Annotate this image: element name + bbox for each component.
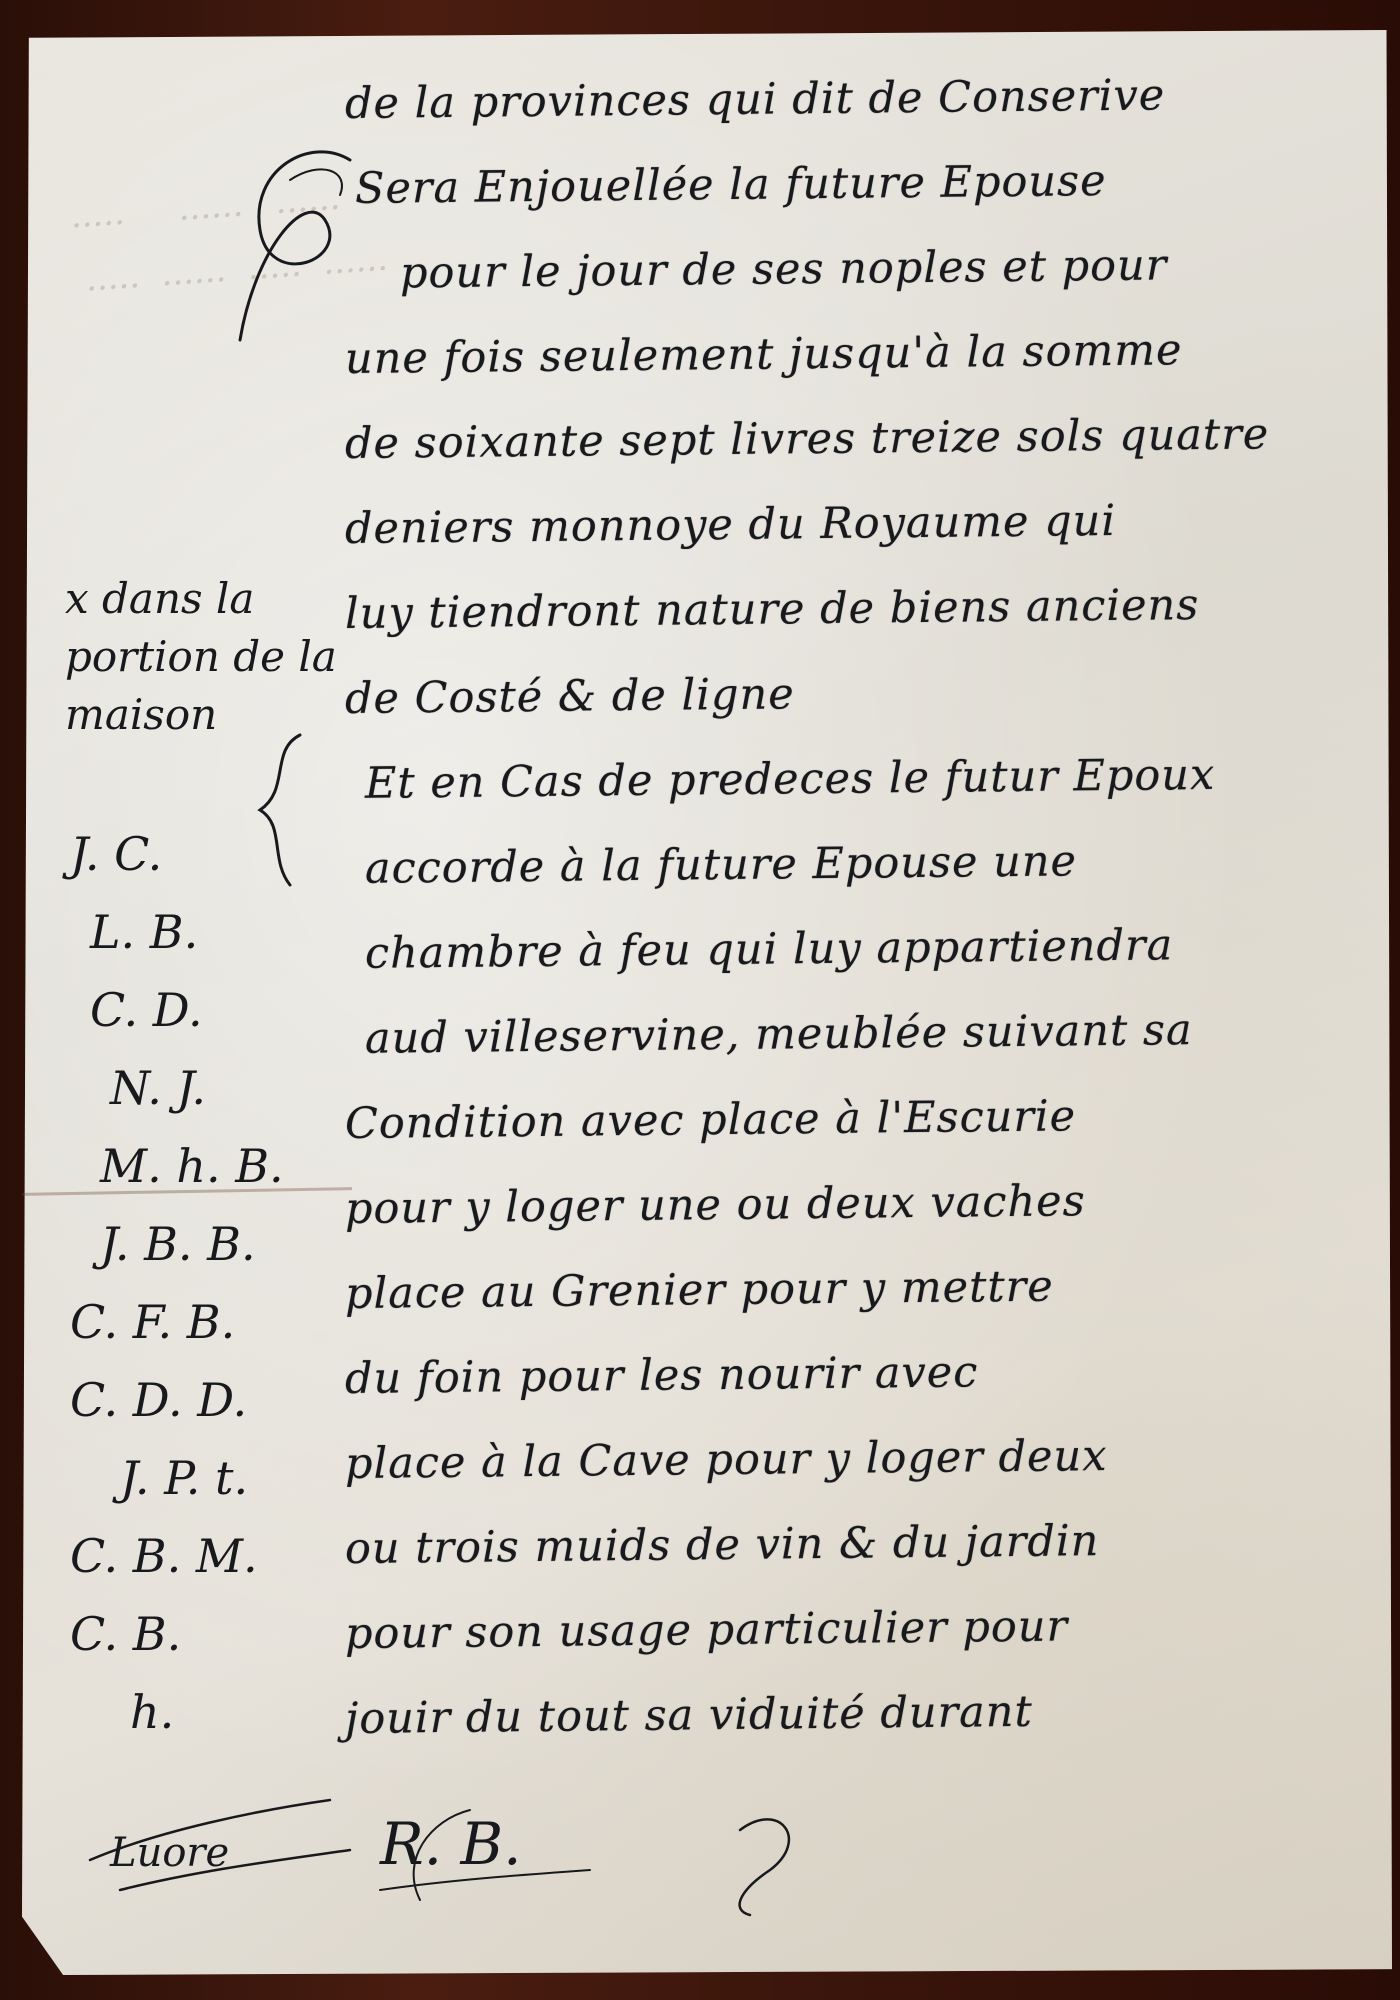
initials-entry: C. D. D. [70,1361,330,1439]
hook-mark-icon [700,1800,820,1920]
text-line: chambre à feu qui luy appartiendra [345,901,1376,997]
main-text-body: de la provinces qui dit de Conserive Ser… [345,62,1375,1762]
witness-initials: J. C. L. B. C. D. N. J. M. h. B. J. B. B… [70,815,330,1751]
text-line: pour y loger une ou deux vaches [345,1156,1376,1252]
initials-entry: J. B. B. [70,1205,330,1283]
text-line: de Costé & de ligne [345,646,1376,742]
text-line: Sera Enjouellée la future Epouse [345,136,1376,232]
text-line: place au Grenier pour y mettre [345,1241,1376,1337]
text-line: de la provinces qui dit de Conserive [345,51,1376,147]
text-line: Condition avec place à l'Escurie [345,1071,1376,1167]
text-line: aud villeservine, meublée suivant sa [345,986,1376,1082]
signature-left-flourish-icon [80,1790,360,1900]
text-line: du foin pour les nourir avec [345,1326,1376,1422]
initials-entry: M. h. B. [70,1127,330,1205]
initials-entry: C. D. [70,971,330,1049]
initials-entry: J. P. t. [70,1439,330,1517]
text-line: deniers monnoye du Royaume qui [345,476,1376,572]
text-line: pour le jour de ses noples et pour [345,221,1376,317]
text-line: jouir du tout sa viduité durant [345,1666,1376,1762]
text-line: place à la Cave pour y loger deux [345,1411,1376,1507]
initials-entry: C. B. [70,1595,330,1673]
text-line: une fois seulement jusqu'à la somme [345,306,1376,402]
margin-note: x dans la portion de la maison [65,570,345,744]
text-line: accorde à la future Epouse une [345,816,1376,912]
margin-note-line: x dans la [65,570,345,628]
initials-entry: C. F. B. [70,1283,330,1361]
initials-entry: N. J. [70,1049,330,1127]
initials-entry: h. [70,1673,330,1751]
initials-entry: J. C. [70,815,330,893]
initials-entry: L. B. [70,893,330,971]
text-line: ou trois muids de vin & du jardin [345,1496,1376,1592]
signature-center-flourish-icon [360,1800,620,1910]
text-line: pour son usage particulier pour [345,1581,1376,1677]
text-line: Et en Cas de predeces le futur Epoux [345,731,1376,827]
text-line: luy tiendront nature de biens anciens [345,561,1376,657]
margin-note-line: portion de la [65,628,345,686]
text-line: de soixante sept livres treize sols quat… [345,391,1376,487]
initials-entry: C. B. M. [70,1517,330,1595]
